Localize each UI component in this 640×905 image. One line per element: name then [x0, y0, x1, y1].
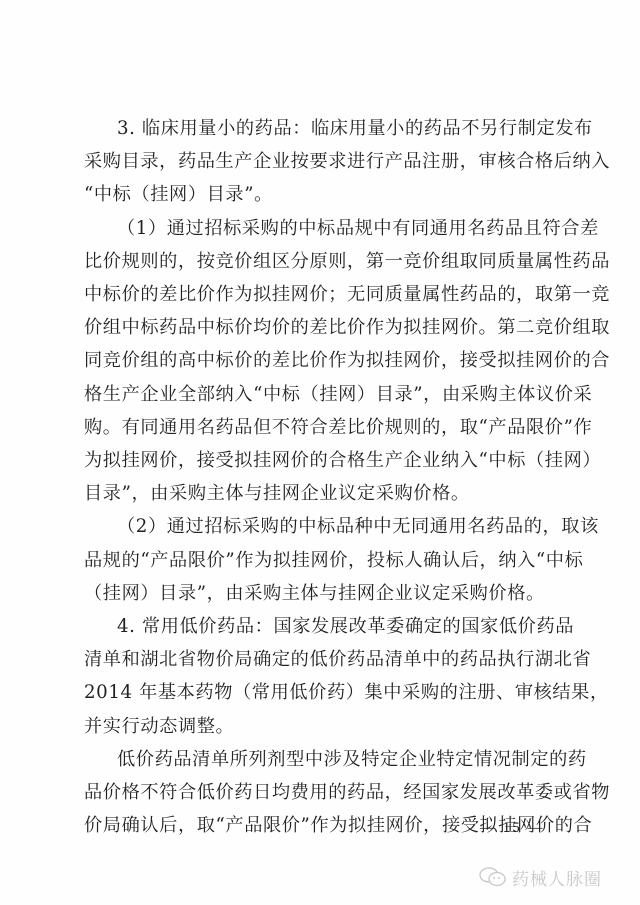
wechat-icon — [478, 866, 508, 888]
text-line: 低价药品清单所列剂型中涉及特定企业特定情况制定的药 — [117, 743, 556, 776]
text-line: 同竞价组的高中标价的差比价作为拟挂网价，接受拟挂网价的合 — [84, 344, 556, 377]
watermark-text: 药械人脉圈 — [512, 865, 602, 890]
text-line: 比价规则的，按竞价组区分原则，第一竞价组取同质量属性药品 — [84, 245, 556, 278]
watermark: 药械人脉圈 — [478, 865, 602, 889]
text-line: 格生产企业全部纳入“中标（挂网）目录”，由采购主体议价采 — [84, 378, 556, 411]
document-page: 3. 临床用量小的药品：临床用量小的药品不另行制定发布采购目录，药品生产企业按要… — [0, 0, 640, 905]
page-number: — 15 — — [480, 820, 545, 837]
text-line: 购。有同通用名药品但不符合差比价规则的，取“产品限价”作 — [84, 411, 556, 444]
text-line: （2）通过招标采购的中标品种中无同通用名药品的，取该 — [117, 510, 556, 543]
text-line: 目录”，由采购主体与挂网企业议定采购价格。 — [84, 477, 556, 510]
text-line: （1）通过招标采购的中标品规中有同通用名药品且符合差 — [117, 212, 556, 245]
text-line: 价组中标药品中标价均价的差比价作为拟挂网价。第二竞价组取 — [84, 311, 556, 344]
text-line: 清单和湖北省物价局确定的低价药品清单中的药品执行湖北省 — [84, 643, 556, 676]
text-line: 并实行动态调整。 — [84, 710, 556, 743]
text-line: 为拟挂网价，接受拟挂网价的合格生产企业纳入“中标（挂网） — [84, 444, 556, 477]
text-line: 2014 年基本药物（常用低价药）集中采购的注册、审核结果， — [84, 676, 556, 709]
text-line: 中标价的差比价作为拟挂网价；无同质量属性药品的，取第一竞 — [84, 278, 556, 311]
text-line: 3. 临床用量小的药品：临床用量小的药品不另行制定发布 — [117, 112, 556, 145]
text-line: “中标（挂网）目录”。 — [84, 178, 556, 211]
text-line: 4. 常用低价药品：国家发展改革委确定的国家低价药品 — [117, 610, 556, 643]
text-line: 品价格不符合低价药日均费用的药品，经国家发展改革委或省物 — [84, 776, 556, 809]
text-line: 采购目录，药品生产企业按要求进行产品注册，审核合格后纳入 — [84, 145, 556, 178]
text-line: 品规的“产品限价”作为拟挂网价，投标人确认后，纳入“中标 — [84, 544, 556, 577]
text-line: （挂网）目录”，由采购主体与挂网企业议定采购价格。 — [84, 577, 556, 610]
